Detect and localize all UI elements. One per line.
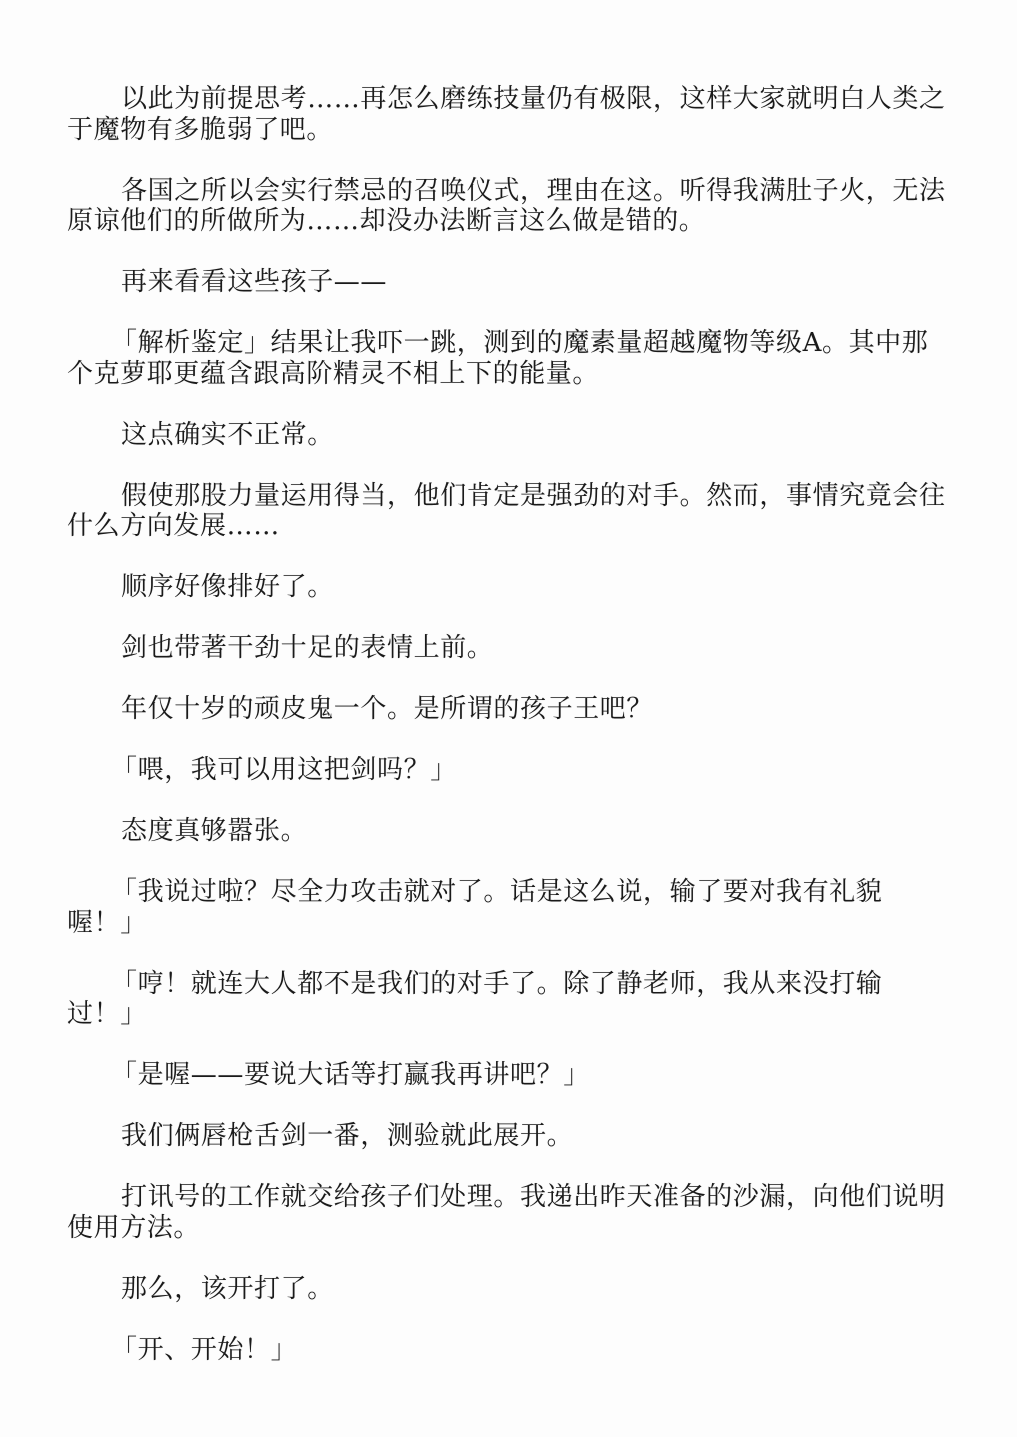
dialogue-paragraph: 「喂，我可以用这把剑吗？」	[67, 755, 947, 786]
text-line: 态度真够嚣张。	[67, 816, 947, 847]
text-line: 「开、开始！」	[67, 1335, 947, 1366]
text-line: 这点确实不正常。	[67, 420, 947, 451]
text-line: 「解析鉴定」结果让我吓一跳，测到的魔素量超越魔物等级A。其中那	[67, 328, 947, 359]
text-line: 打讯号的工作就交给孩子们处理。我递出昨天准备的沙漏，向他们说明	[67, 1182, 947, 1213]
text-line: 过！」	[67, 999, 947, 1030]
dialogue-paragraph: 「我说过啦？尽全力攻击就对了。话是这么说，输了要对我有礼貌 喔！」	[67, 877, 947, 938]
paragraph: 再来看看这些孩子——	[67, 267, 947, 298]
text-line: 「是喔——要说大话等打赢我再讲吧？」	[67, 1060, 947, 1091]
text-line: 「我说过啦？尽全力攻击就对了。话是这么说，输了要对我有礼貌	[67, 877, 947, 908]
paragraph: 以此为前提思考……再怎么磨练技量仍有极限，这样大家就明白人类之 于魔物有多脆弱了…	[67, 84, 947, 145]
text-line: 使用方法。	[67, 1213, 947, 1244]
dialogue-paragraph: 「是喔——要说大话等打赢我再讲吧？」	[67, 1060, 947, 1091]
text-line: 顺序好像排好了。	[67, 572, 947, 603]
paragraph: 那么，该开打了。	[67, 1274, 947, 1305]
text-line: 个克萝耶更蕴含跟高阶精灵不相上下的能量。	[67, 359, 947, 390]
text-line: 喔！」	[67, 908, 947, 939]
paragraph: 剑也带著干劲十足的表情上前。	[67, 633, 947, 664]
paragraph: 态度真够嚣张。	[67, 816, 947, 847]
text-line: 剑也带著干劲十足的表情上前。	[67, 633, 947, 664]
document-page: 以此为前提思考……再怎么磨练技量仍有极限，这样大家就明白人类之 于魔物有多脆弱了…	[67, 84, 947, 1396]
text-line: 于魔物有多脆弱了吧。	[67, 115, 947, 146]
paragraph: 这点确实不正常。	[67, 420, 947, 451]
paragraph: 年仅十岁的顽皮鬼一个。是所谓的孩子王吧？	[67, 694, 947, 725]
text-line: 各国之所以会实行禁忌的召唤仪式，理由在这。听得我满肚子火，无法	[67, 176, 947, 207]
dialogue-paragraph: 「哼！就连大人都不是我们的对手了。除了静老师，我从来没打输 过！」	[67, 969, 947, 1030]
text-line: 原谅他们的所做所为……却没办法断言这么做是错的。	[67, 206, 947, 237]
paragraph: 各国之所以会实行禁忌的召唤仪式，理由在这。听得我满肚子火，无法 原谅他们的所做所…	[67, 176, 947, 237]
dialogue-paragraph: 「开、开始！」	[67, 1335, 947, 1366]
text-line: 「喂，我可以用这把剑吗？」	[67, 755, 947, 786]
paragraph: 打讯号的工作就交给孩子们处理。我递出昨天准备的沙漏，向他们说明 使用方法。	[67, 1182, 947, 1243]
text-line: 那么，该开打了。	[67, 1274, 947, 1305]
paragraph: 我们俩唇枪舌剑一番，测验就此展开。	[67, 1121, 947, 1152]
text-line: 以此为前提思考……再怎么磨练技量仍有极限，这样大家就明白人类之	[67, 84, 947, 115]
text-line: 「哼！就连大人都不是我们的对手了。除了静老师，我从来没打输	[67, 969, 947, 1000]
text-line: 什么方向发展……	[67, 511, 947, 542]
text-line: 再来看看这些孩子——	[67, 267, 947, 298]
text-line: 假使那股力量运用得当，他们肯定是强劲的对手。然而，事情究竟会往	[67, 481, 947, 512]
paragraph: 假使那股力量运用得当，他们肯定是强劲的对手。然而，事情究竟会往 什么方向发展……	[67, 481, 947, 542]
dialogue-paragraph: 「解析鉴定」结果让我吓一跳，测到的魔素量超越魔物等级A。其中那 个克萝耶更蕴含跟…	[67, 328, 947, 389]
paragraph: 顺序好像排好了。	[67, 572, 947, 603]
text-line: 年仅十岁的顽皮鬼一个。是所谓的孩子王吧？	[67, 694, 947, 725]
text-line: 我们俩唇枪舌剑一番，测验就此展开。	[67, 1121, 947, 1152]
